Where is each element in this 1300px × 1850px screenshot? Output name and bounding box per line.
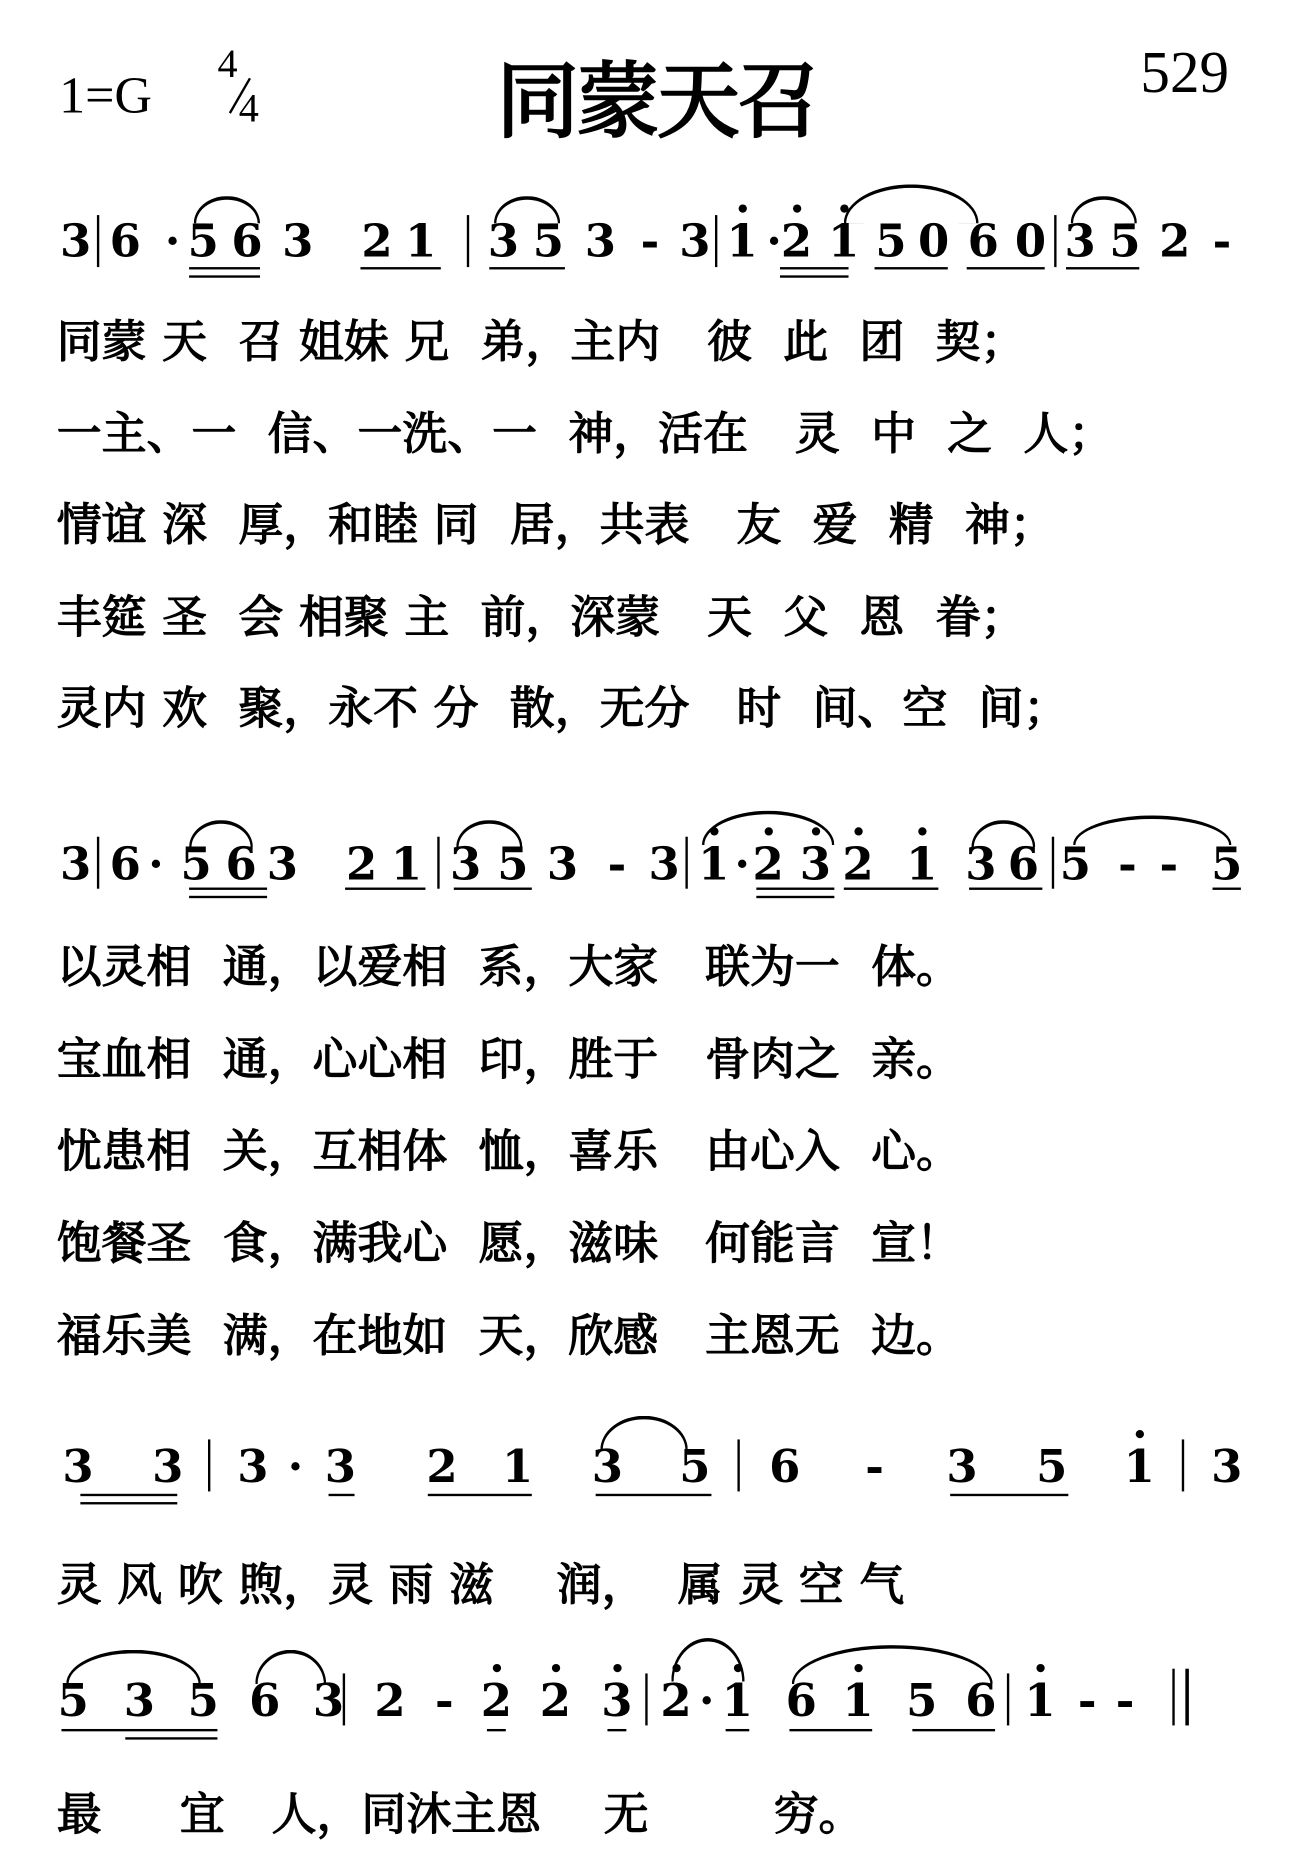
note: 3 — [964, 841, 997, 886]
dash: - — [600, 841, 633, 886]
dash: - — [1109, 1678, 1142, 1723]
note-high: 2 — [539, 1678, 572, 1723]
bar-line — [467, 215, 469, 267]
note: 1 — [390, 841, 423, 886]
note-high: 1 — [827, 219, 860, 264]
note: 3 — [584, 219, 617, 264]
underline — [189, 267, 260, 269]
note: 3 — [151, 1444, 184, 1489]
bar-line — [715, 215, 717, 267]
note-high: 3 — [600, 1678, 633, 1723]
underline — [428, 1494, 532, 1496]
lyric-line: 灵 风 吹 煦，灵 雨 滋 润， 属 灵 空 气 — [57, 1548, 905, 1613]
note: 2 — [425, 1444, 458, 1489]
note: 2 — [373, 1678, 406, 1723]
note-high: 2 — [659, 1678, 692, 1723]
note-high: 2 — [780, 219, 813, 264]
lyric-line: 情谊 深 厚，和睦 同 居，共表 友 爱 精 神； — [57, 488, 1055, 553]
note: 5 — [496, 841, 529, 886]
note-high: 1 — [1123, 1444, 1156, 1489]
underline — [489, 267, 565, 269]
underline — [360, 267, 440, 269]
note: 5 — [180, 841, 213, 886]
note: - — [633, 219, 666, 264]
time-numerator: 4 — [217, 43, 237, 88]
underline — [1066, 267, 1139, 269]
note: 5 — [875, 219, 908, 264]
lyric-line: 福乐美 满，在地如 天，欣感 主恩无 边。 — [57, 1299, 961, 1364]
note: 6 — [964, 1678, 997, 1723]
bar-line — [685, 837, 687, 889]
note-high: 1 — [726, 219, 759, 264]
note: 5 — [905, 1678, 938, 1723]
note: 5 — [1035, 1444, 1068, 1489]
underline — [875, 267, 948, 269]
note: 6 — [768, 1444, 801, 1489]
note: 3 — [281, 219, 314, 264]
dash: - — [858, 1444, 891, 1489]
underline — [189, 896, 267, 898]
note: 1 — [501, 1444, 534, 1489]
bar-line — [1052, 837, 1054, 889]
underline — [329, 1494, 355, 1496]
dot: · — [279, 1444, 312, 1489]
note-high: 1 — [841, 1678, 874, 1723]
underline — [80, 1502, 177, 1504]
dash: - — [1152, 841, 1185, 886]
lyric-line: 最 宜 人，同沐主恩 无 穷。 — [57, 1777, 864, 1842]
note: 6 — [1007, 841, 1040, 886]
note: 5 — [187, 219, 220, 264]
underline — [726, 1729, 750, 1731]
note: 3 — [546, 841, 579, 886]
note: 3 — [678, 219, 711, 264]
underline — [596, 1494, 712, 1496]
underline — [950, 1494, 1068, 1496]
bar-line — [97, 215, 99, 267]
lyric-line: 忧患相 关，互相体 恤，喜乐 由心入 心。 — [57, 1114, 961, 1179]
note: 3 — [1210, 1444, 1243, 1489]
underline — [487, 1729, 506, 1731]
bar-line — [97, 837, 99, 889]
note: 6 — [109, 219, 142, 264]
note: 3 — [61, 1444, 94, 1489]
note: 3 — [648, 841, 681, 886]
note: 3 — [487, 219, 520, 264]
note: 5 — [1109, 219, 1142, 264]
slur — [792, 1645, 993, 1684]
time-denominator: 4 — [239, 87, 259, 132]
dash: - — [1111, 841, 1144, 886]
note: 5 — [1059, 841, 1092, 886]
final-barline — [1172, 1669, 1189, 1726]
dash: - — [428, 1678, 461, 1723]
note: 3 — [59, 219, 92, 264]
note: 6 — [785, 1678, 818, 1723]
rest: 0 — [1014, 219, 1047, 264]
underline — [345, 888, 425, 890]
time-signature: 4 4 — [210, 43, 269, 130]
note: 3 — [266, 841, 299, 886]
bar-line — [645, 1673, 647, 1725]
bar-line — [437, 837, 439, 889]
bar-line — [1054, 215, 1056, 267]
bar-line — [737, 1439, 739, 1491]
dash: - — [1205, 219, 1238, 264]
dash: - — [1071, 1678, 1104, 1723]
bar-line — [343, 1673, 345, 1725]
underline — [780, 275, 849, 277]
underline — [125, 1737, 217, 1739]
underline — [61, 1729, 217, 1731]
lyric-line: 同蒙 天 召 姐妹 兄 弟，主内 彼 此 团 契； — [57, 305, 1026, 370]
underline — [607, 1729, 626, 1731]
note: 3 — [312, 1678, 345, 1723]
bar-line — [208, 1439, 210, 1491]
note: 6 — [967, 219, 1000, 264]
note: 5 — [187, 1678, 220, 1723]
underline — [756, 896, 834, 898]
hymn-number: 529 — [1140, 38, 1229, 107]
underline — [756, 888, 834, 890]
dot: · — [156, 219, 189, 264]
underline — [80, 1494, 177, 1496]
bar-line — [1182, 1439, 1184, 1491]
underline — [969, 888, 1042, 890]
note: 3 — [591, 1444, 624, 1489]
note: 2 — [1158, 219, 1191, 264]
dot: · — [690, 1678, 723, 1723]
bar-line — [1007, 1673, 1009, 1725]
underline — [1213, 888, 1241, 890]
lyric-line: 灵内 欢 聚，永不 分 散，无分 时 间、空 间； — [57, 671, 1069, 736]
note-high: 3 — [799, 841, 832, 886]
underline — [912, 1729, 995, 1731]
underline — [967, 267, 1045, 269]
note-high: 1 — [905, 841, 938, 886]
underline — [780, 267, 849, 269]
note: 3 — [236, 1444, 269, 1489]
key-signature: 1=G — [59, 65, 152, 125]
note-high: 2 — [480, 1678, 513, 1723]
rest: 0 — [917, 219, 950, 264]
dot: · — [139, 841, 172, 886]
lyric-line: 宝血相 通，心心相 印，胜于 骨肉之 亲。 — [57, 1022, 961, 1087]
note-high: 1 — [721, 1678, 754, 1723]
note: 3 — [59, 841, 92, 886]
note: 3 — [945, 1444, 978, 1489]
note: 6 — [248, 1678, 281, 1723]
note: 5 — [57, 1678, 90, 1723]
note: 3 — [324, 1444, 357, 1489]
note: 6 — [225, 841, 258, 886]
note: 5 — [532, 219, 565, 264]
underline — [844, 888, 939, 890]
note: 6 — [109, 841, 142, 886]
note-high: 1 — [1023, 1678, 1056, 1723]
underline — [454, 888, 532, 890]
note-high: 2 — [752, 841, 785, 886]
hymn-title: 同蒙天召 — [496, 35, 817, 154]
lyric-line: 丰筵 圣 会 相聚 主 前，深蒙 天 父 恩 眷； — [57, 580, 1026, 645]
lyric-line: 饱餐圣 食，满我心 愿，滋味 何能言 宣！ — [57, 1207, 961, 1272]
note: 2 — [360, 219, 393, 264]
underline — [789, 1729, 872, 1731]
note-high: 2 — [841, 841, 874, 886]
lyric-line: 以灵相 通，以爱相 系，大家 联为一 体。 — [57, 930, 961, 995]
slur — [844, 184, 979, 223]
note: 5 — [1210, 841, 1243, 886]
note: 3 — [123, 1678, 156, 1723]
note: 2 — [345, 841, 378, 886]
note: 6 — [230, 219, 263, 264]
note: 5 — [678, 1444, 711, 1489]
underline — [189, 275, 260, 277]
hymn-sheet: 1=G 4 4 同蒙天召 529 3 6 · 5 6 3 2 1 3 5 3 -… — [0, 0, 1300, 1850]
note: 1 — [404, 219, 437, 264]
note: 3 — [1064, 219, 1097, 264]
lyric-line: 一主、一 信、一洗、一 神，活在 灵 中 之 人； — [57, 397, 1114, 462]
note: 3 — [449, 841, 482, 886]
underline — [189, 888, 267, 890]
